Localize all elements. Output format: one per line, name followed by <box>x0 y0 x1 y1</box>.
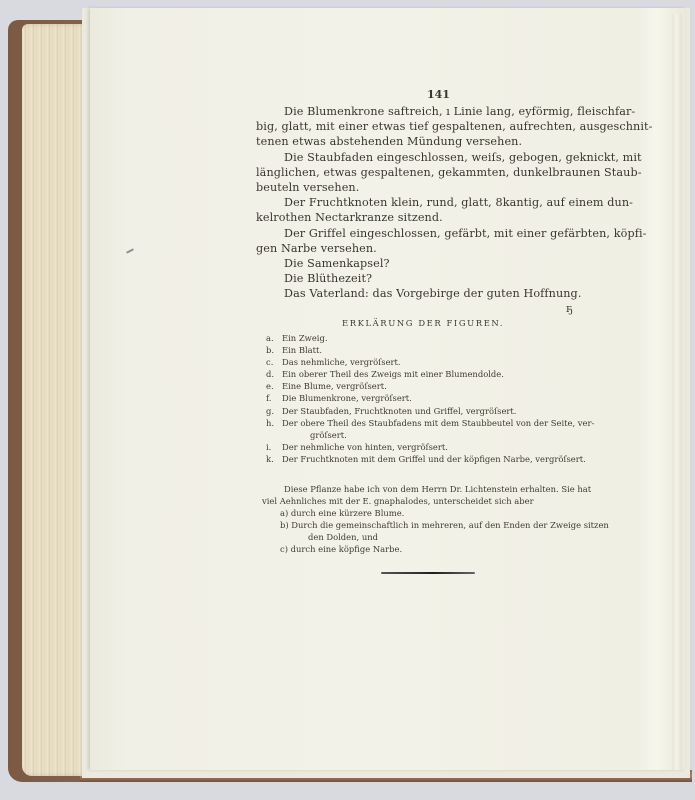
paragraph-ovary: Der Fruchtknoten klein, rund, glatt, 8ka… <box>256 195 616 225</box>
note-line: Diese Pflanze habe ich von dem Herrn Dr.… <box>262 483 622 495</box>
legend-text: Der obere Theil des Staubfadens mit dem … <box>282 417 616 429</box>
legend-item: k. Der Fruchtknoten mit dem Griffel und … <box>266 453 616 465</box>
legend-item: e. Eine Blume, vergröſsert. <box>266 380 616 392</box>
legend-item: f. Die Blumenkrone, vergröſsert. <box>266 392 616 404</box>
legend-text: Ein oberer Theil des Zweigs mit einer Bl… <box>282 368 616 380</box>
legend-item: i. Der nehmliche von hinten, vergröſsert… <box>266 441 616 453</box>
paragraph-style: Der Griffel eingeschlossen, gefärbt, mit… <box>256 226 616 256</box>
figures-legend: a. Ein Zweig. b. Ein Blatt. c. Das nehml… <box>266 332 616 465</box>
page-block-edge <box>22 24 88 776</box>
legend-item: a. Ein Zweig. <box>266 332 616 344</box>
legend-key: h. <box>266 417 282 429</box>
end-rule-divider <box>381 572 475 574</box>
legend-key: k. <box>266 453 282 465</box>
legend-item: b. Ein Blatt. <box>266 344 616 356</box>
legend-item: d. Ein oberer Theil des Zweigs mit einer… <box>266 368 616 380</box>
legend-key: d. <box>266 368 282 380</box>
legend-key: a. <box>266 332 282 344</box>
note-item-continuation: den Dolden, und <box>262 531 622 543</box>
page-number: 141 <box>427 88 450 101</box>
note-item: b) Durch die gemeinschaftlich in mehrere… <box>262 519 622 531</box>
legend-key: f. <box>266 392 282 404</box>
text-line: big, glatt, mit einer etwas tief gespalt… <box>256 119 616 134</box>
legend-key: i. <box>266 441 282 453</box>
text-line: Der Griffel eingeschlossen, gefärbt, mit… <box>256 226 616 241</box>
text-line: Die Blumenkrone saftreich, ı Linie lang,… <box>256 104 616 119</box>
legend-text: Der nehmliche von hinten, vergröſsert. <box>282 441 616 453</box>
text-line: tenen etwas abstehenden Mündung versehen… <box>256 134 616 149</box>
margin-mark: ҕ <box>566 302 573 315</box>
legend-text: Der Fruchtknoten mit dem Griffel und der… <box>282 453 616 465</box>
legend-text: Der Staubfaden, Fruchtknoten und Griffel… <box>282 405 616 417</box>
paragraph-corolla: Die Blumenkrone saftreich, ı Linie lang,… <box>256 104 616 150</box>
paragraph-flowering-time: Die Blüthezeit? <box>256 271 616 286</box>
legend-key: b. <box>266 344 282 356</box>
note-item: a) durch eine kürzere Blume. <box>262 507 622 519</box>
note-line: viel Aehnliches mit der E. gnaphalodes, … <box>262 495 622 507</box>
legend-item: h. Der obere Theil des Staubfadens mit d… <box>266 417 616 429</box>
page-gutter <box>672 14 682 770</box>
text-line: länglichen, etwas gespaltenen, gekammten… <box>256 165 616 180</box>
main-text: Die Blumenkrone saftreich, ı Linie lang,… <box>256 104 616 302</box>
legend-text: Ein Blatt. <box>282 344 616 356</box>
paragraph-capsule: Die Samenkapsel? <box>256 256 616 271</box>
legend-item: c. Das nehmliche, vergröſsert. <box>266 356 616 368</box>
text-line: beuteln versehen. <box>256 180 616 195</box>
paragraph-stamens: Die Staubfaden eingeschlossen, weiſs, ge… <box>256 150 616 196</box>
note-item: c) durch eine köpfige Narbe. <box>262 543 622 555</box>
legend-continuation: gröſsert. <box>266 429 616 441</box>
legend-text: Ein Zweig. <box>282 332 616 344</box>
figures-heading: ERKLÄRUNG DER FIGUREN. <box>342 318 504 328</box>
text-line: Das Vaterland: das Vorgebirge der guten … <box>256 286 616 301</box>
closing-note: Diese Pflanze habe ich von dem Herrn Dr.… <box>262 483 622 556</box>
text-line: Die Staubfaden eingeschlossen, weiſs, ge… <box>256 150 616 165</box>
text-line: gen Narbe versehen. <box>256 241 616 256</box>
legend-key: g. <box>266 405 282 417</box>
legend-text: Das nehmliche, vergröſsert. <box>282 356 616 368</box>
paragraph-native-land: Das Vaterland: das Vorgebirge der guten … <box>256 286 616 301</box>
text-line: Die Blüthezeit? <box>256 271 616 286</box>
legend-key: e. <box>266 380 282 392</box>
legend-text: Die Blumenkrone, vergröſsert. <box>282 392 616 404</box>
legend-text: Eine Blume, vergröſsert. <box>282 380 616 392</box>
text-line: Der Fruchtknoten klein, rund, glatt, 8ka… <box>256 195 616 210</box>
text-line: kelrothen Nectarkranze sitzend. <box>256 210 616 225</box>
text-line: Die Samenkapsel? <box>256 256 616 271</box>
legend-item: g. Der Staubfaden, Fruchtknoten und Grif… <box>266 405 616 417</box>
legend-key: c. <box>266 356 282 368</box>
